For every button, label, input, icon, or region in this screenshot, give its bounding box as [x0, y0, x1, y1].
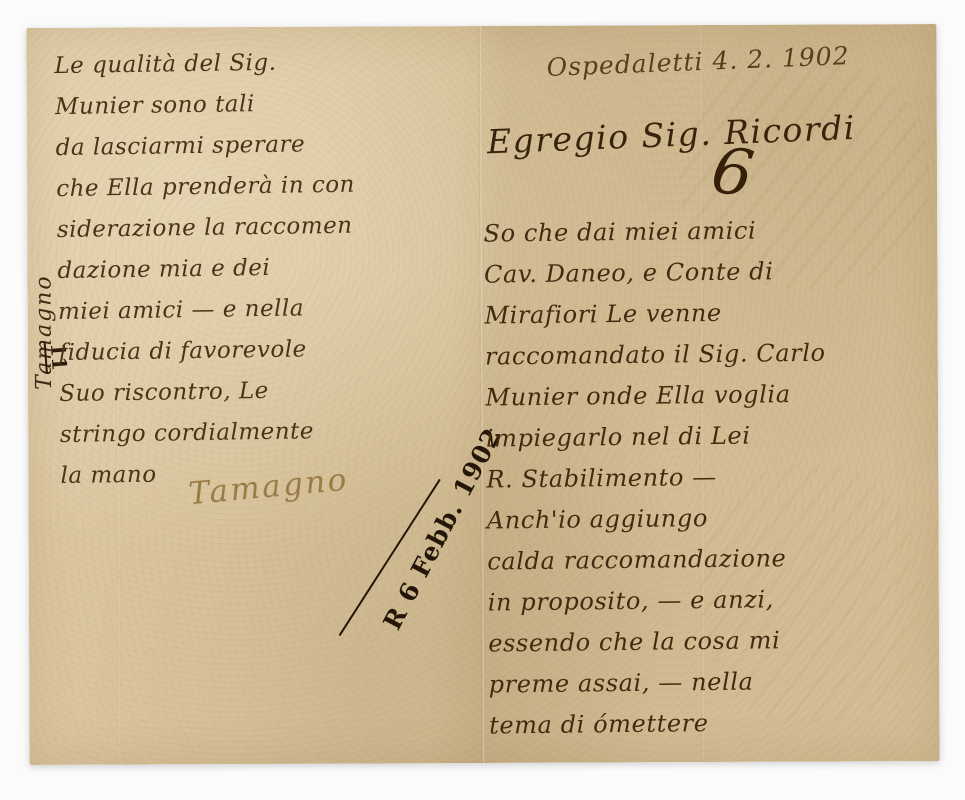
handwriting-line: raccomandato il Sig. Carlo — [485, 331, 933, 377]
handwriting-line: miei amici — e nella — [58, 286, 479, 333]
handwriting-line: siderazione la raccomen — [57, 204, 478, 251]
handwriting-line: Suo riscontro, Le — [59, 368, 480, 415]
handwriting-line: dazione mia e dei — [57, 245, 478, 292]
right-page-text: So che dai miei amiciCav. Daneo, e Conte… — [483, 208, 937, 746]
handwriting-line: calda raccomandazione — [487, 536, 935, 582]
handwriting-line: che Ella prenderà in con — [56, 163, 477, 210]
handwriting-line: essendo che la cosa mi — [488, 618, 936, 664]
handwriting-line: da lasciarmi sperare — [55, 122, 476, 169]
handwriting-line: Munier onde Ella voglia — [485, 372, 933, 418]
handwriting-line: tema di ómettere — [489, 700, 937, 746]
handwriting-line: Cav. Daneo, e Conte di — [484, 249, 932, 295]
left-page-text: Le qualità del Sig.Munier sono talida la… — [54, 40, 481, 497]
handwriting-line: Le qualità del Sig. — [54, 40, 475, 87]
handwriting-line: fiducia di favorevole — [58, 327, 479, 374]
scanner-background: Tamagno 11 Le qualità del Sig.Munier son… — [0, 0, 965, 800]
handwriting-line: Anch'io aggiungo — [487, 495, 935, 541]
handwriting-line: R. Stabilimento — — [486, 454, 934, 500]
handwriting-line: Mirafiori Le venne — [484, 290, 932, 336]
received-annotation: R 6 Febb. 1902 — [296, 456, 487, 657]
handwriting-line: So che dai miei amici — [483, 208, 931, 254]
handwriting-line: Munier sono tali — [55, 81, 476, 128]
handwriting-line: in proposito, — e anzi, — [488, 577, 936, 623]
letter-paper: Tamagno 11 Le qualità del Sig.Munier son… — [26, 24, 939, 765]
handwriting-line: preme assai, — nella — [488, 659, 936, 705]
handwriting-line: impiegarlo nel di Lei — [486, 413, 934, 459]
handwriting-line: stringo cordialmente — [60, 409, 481, 456]
